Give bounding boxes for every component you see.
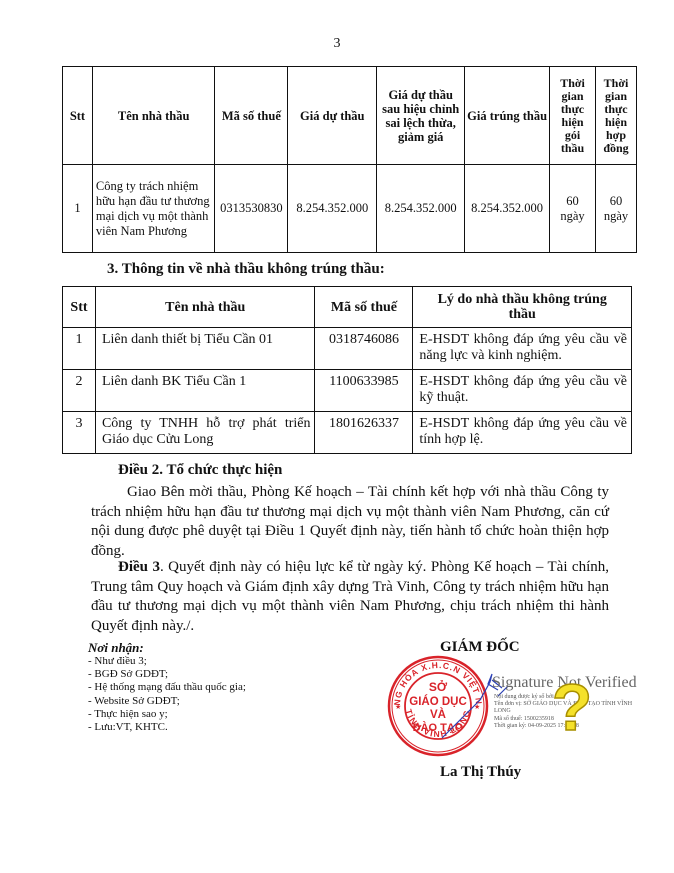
adjusted-price-cell: 8.254.352.000 [377, 165, 465, 253]
tax-code-cell: 1801626337 [315, 412, 413, 454]
article-2-heading: Điều 2. Tổ chức thực hiện [118, 462, 282, 479]
winning-bidder-table: Stt Tên nhà thầu Mã số thuế Giá dự thầu … [62, 66, 637, 253]
question-mark-icon: ? [548, 672, 596, 736]
header-cell: Mã số thuế [215, 67, 288, 165]
table-header-row: Stt Tên nhà thầu Mã số thuế Giá dự thầu … [63, 67, 637, 165]
svg-text:?: ? [552, 672, 592, 736]
bidder-name-cell: Công ty trách nhiệm hữu hạn đầu tư thươn… [92, 165, 215, 253]
recipient-item: - Hệ thống mạng đấu thầu quốc gia; [88, 681, 246, 694]
stt-cell: 1 [63, 328, 96, 370]
reason-cell: E-HSDT không đáp ứng yêu cầu về năng lực… [413, 328, 632, 370]
header-cell: Lý do nhà thầu không trúng thầu [413, 287, 632, 328]
recipients-block: Nơi nhận: - Như điều 3; - BGĐ Sở GDĐT; -… [88, 640, 246, 734]
bid-price-cell: 8.254.352.000 [288, 165, 377, 253]
recipient-item: - Lưu:VT, KHTC. [88, 721, 246, 734]
header-cell: Thời gian thực hiện hợp đồng [596, 67, 637, 165]
recipient-item: - BGĐ Sở GDĐT; [88, 668, 246, 681]
table-row: 2 Liên danh BK Tiểu Cần 1 1100633985 E-H… [63, 370, 632, 412]
reason-cell: E-HSDT không đáp ứng yêu cầu về tính hợp… [413, 412, 632, 454]
package-time-cell: 60 ngày [550, 165, 596, 253]
recipients-title: Nơi nhận: [88, 640, 246, 655]
table-row: 1 Liên danh thiết bị Tiểu Cần 01 0318746… [63, 328, 632, 370]
header-cell: Tên nhà thầu [92, 67, 215, 165]
table-header-row: Stt Tên nhà thầu Mã số thuế Lý do nhà th… [63, 287, 632, 328]
header-cell: Stt [63, 287, 96, 328]
reason-cell: E-HSDT không đáp ứng yêu cầu về kỹ thuật… [413, 370, 632, 412]
losing-bidders-table: Stt Tên nhà thầu Mã số thuế Lý do nhà th… [62, 286, 632, 454]
header-cell: Tên nhà thầu [95, 287, 315, 328]
table-row: 3 Công ty TNHH hỗ trợ phát triển Giáo dụ… [63, 412, 632, 454]
table-row: 1 Công ty trách nhiệm hữu hạn đầu tư thư… [63, 165, 637, 253]
header-cell: Giá trúng thầu [465, 67, 550, 165]
bidder-name-cell: Liên danh thiết bị Tiểu Cần 01 [95, 328, 315, 370]
tax-code-cell: 1100633985 [315, 370, 413, 412]
signer-name: La Thị Thúy [440, 764, 521, 781]
article-3-body: . Quyết định này có hiệu lực kể từ ngày … [91, 559, 609, 634]
page-number: 3 [0, 36, 674, 52]
header-cell: Stt [63, 67, 93, 165]
stt-cell: 2 [63, 370, 96, 412]
header-cell: Giá dự thầu [288, 67, 377, 165]
article-3-paragraph: Điều 3. Quyết định này có hiệu lực kể từ… [91, 558, 609, 636]
recipient-item: - Thực hiện sao y; [88, 708, 246, 721]
bidder-name-cell: Liên danh BK Tiểu Cần 1 [95, 370, 315, 412]
stt-cell: 1 [63, 165, 93, 253]
article-2-body: Giao Bên mời thầu, Phòng Kế hoạch – Tài … [91, 483, 609, 561]
stt-cell: 3 [63, 412, 96, 454]
bidder-name-cell: Công ty TNHH hỗ trợ phát triển Giáo dục … [95, 412, 315, 454]
article-3-label: Điều 3 [118, 559, 160, 575]
header-cell: Mã số thuế [315, 287, 413, 328]
section-3-title: 3. Thông tin về nhà thầu không trúng thầ… [107, 261, 385, 278]
tax-code-cell: 0313530830 [215, 165, 288, 253]
header-cell: Giá dự thầu sau hiệu chỉnh sai lệch thừa… [377, 67, 465, 165]
recipient-item: - Website Sở GDĐT; [88, 695, 246, 708]
recipient-item: - Như điều 3; [88, 655, 246, 668]
header-cell: Thời gian thực hiện gói thầu [550, 67, 596, 165]
contract-time-cell: 60 ngày [596, 165, 637, 253]
winning-price-cell: 8.254.352.000 [465, 165, 550, 253]
tax-code-cell: 0318746086 [315, 328, 413, 370]
